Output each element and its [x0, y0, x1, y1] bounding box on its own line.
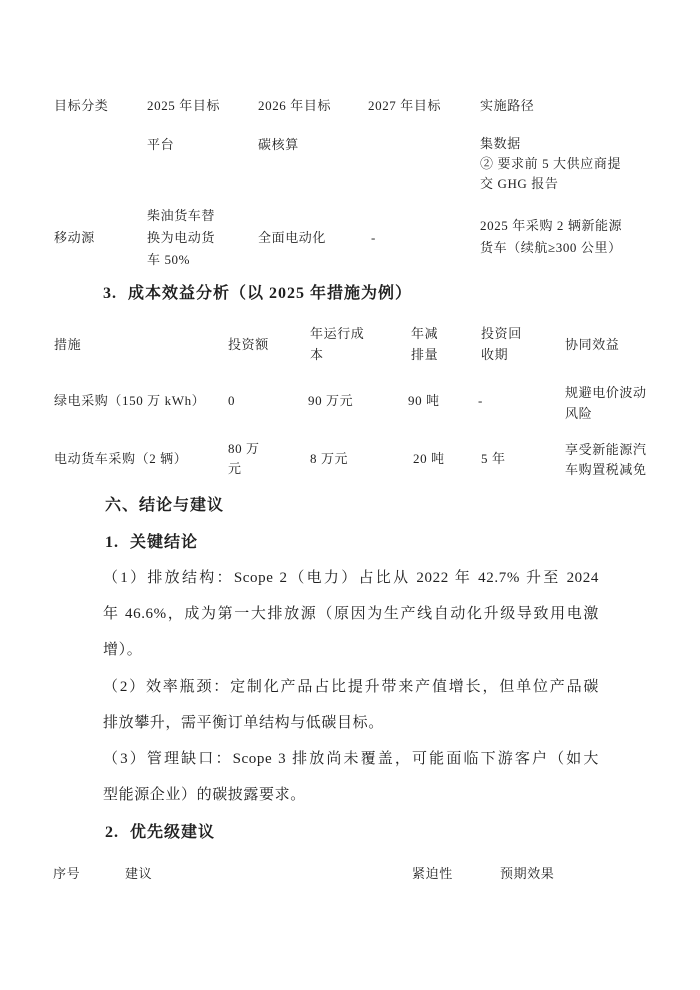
priority-header-advice: 建议 — [125, 867, 152, 880]
cost-truck-invest-line2: 元 — [228, 462, 242, 475]
cost-green-measure: 绿电采购（150 万 kWh） — [54, 394, 205, 407]
cost-header-measure: 措施 — [54, 338, 81, 351]
targets-cell-mobile-source: 移动源 — [54, 231, 95, 244]
cost-header-synergy: 协同效益 — [565, 338, 619, 351]
cost-truck-payback: 5 年 — [481, 452, 506, 465]
heading-conclusion: 六、结论与建议 — [105, 498, 224, 514]
heading-priority-number: 2. — [105, 824, 119, 841]
cost-green-investment: 0 — [228, 394, 235, 407]
cost-header-investment: 投资额 — [228, 338, 269, 351]
cost-truck-measure: 电动货车采购（2 辆） — [54, 452, 187, 465]
cost-header-reduce-line2: 排量 — [411, 348, 438, 361]
targets-cell-diesel-line1: 柴油货车替 — [147, 209, 215, 222]
cost-truck-synergy-line1: 享受新能源汽 — [565, 443, 647, 456]
targets-header-2025: 2025 年目标 — [147, 99, 220, 112]
cost-green-synergy-line2: 风险 — [565, 407, 592, 420]
targets-header-2027: 2027 年目标 — [368, 99, 441, 112]
conclusion-line-2: 年 46.6%，成为第一大排放源（原因为生产线自动化升级导致用电激 — [103, 607, 599, 622]
targets-cell-path-line3: 交 GHG 报告 — [480, 177, 558, 190]
cost-header-reduce-line1: 年减 — [411, 327, 438, 340]
heading-priority: 2.优先级建议 — [105, 825, 215, 841]
document-page: 目标分类 2025 年目标 2026 年目标 2027 年目标 实施路径 平台 … — [0, 0, 700, 990]
cost-green-annual-cost: 90 万元 — [308, 394, 353, 407]
cost-header-payback-line1: 投资回 — [481, 327, 522, 340]
conclusion-line-4: （2）效率瓶颈：定制化产品占比提升带来产值增长，但单位产品碳 — [103, 680, 599, 695]
cost-header-annual-line2: 本 — [310, 348, 324, 361]
targets-cell-diesel-line2: 换为电动货 — [147, 231, 215, 244]
cost-truck-annual-cost: 8 万元 — [310, 452, 348, 465]
targets-header-2026: 2026 年目标 — [258, 99, 331, 112]
heading-key-text: 关键结论 — [130, 534, 198, 551]
targets-cell-diesel-line3: 车 50% — [147, 253, 190, 266]
conclusion-line-3: 增）。 — [103, 643, 142, 658]
targets-cell-truck-line1: 2025 年采购 2 辆新能源 — [480, 219, 622, 232]
conclusion-line-1: （1）排放结构：Scope 2（电力）占比从 2022 年 42.7% 升至 2… — [103, 571, 599, 586]
priority-header-urgency: 紧迫性 — [412, 867, 453, 880]
cost-header-annual-line1: 年运行成 — [310, 327, 364, 340]
conclusion-line-7: 型能源企业）的碳披露要求。 — [103, 788, 306, 803]
targets-cell-accounting: 碳核算 — [258, 138, 299, 151]
cost-truck-invest-line1: 80 万 — [228, 442, 260, 455]
conclusion-line-6: （3）管理缺口：Scope 3 排放尚未覆盖，可能面临下游客户（如大 — [103, 752, 599, 767]
heading-cost-benefit: 3.成本效益分析（以 2025 年措施为例） — [103, 286, 412, 302]
targets-cell-full-electric: 全面电动化 — [258, 231, 326, 244]
cost-green-synergy-line1: 规避电价波动 — [565, 386, 647, 399]
cost-green-payback: - — [478, 394, 483, 407]
conclusion-line-5: 排放攀升，需平衡订单结构与低碳目标。 — [103, 716, 384, 731]
cost-header-payback-line2: 收期 — [481, 348, 508, 361]
targets-cell-platform: 平台 — [147, 138, 174, 151]
targets-cell-dash: - — [371, 231, 376, 244]
priority-header-index: 序号 — [53, 867, 80, 880]
targets-cell-path-line2: ② 要求前 5 大供应商提 — [480, 157, 621, 170]
heading-priority-text: 优先级建议 — [130, 824, 215, 841]
heading-cost-text: 成本效益分析（以 2025 年措施为例） — [128, 285, 412, 302]
targets-header-path: 实施路径 — [480, 99, 534, 112]
targets-header-category: 目标分类 — [54, 99, 108, 112]
heading-key-conclusions: 1.关键结论 — [105, 535, 198, 551]
targets-cell-path-line1: 集数据 — [480, 137, 521, 150]
heading-cost-number: 3. — [103, 285, 117, 302]
targets-cell-truck-line2: 货车（续航≥300 公里） — [480, 241, 622, 254]
heading-key-number: 1. — [105, 534, 119, 551]
cost-green-reduction: 90 吨 — [408, 394, 440, 407]
cost-truck-reduction: 20 吨 — [413, 452, 445, 465]
cost-truck-synergy-line2: 车购置税减免 — [565, 463, 647, 476]
priority-header-effect: 预期效果 — [500, 867, 554, 880]
